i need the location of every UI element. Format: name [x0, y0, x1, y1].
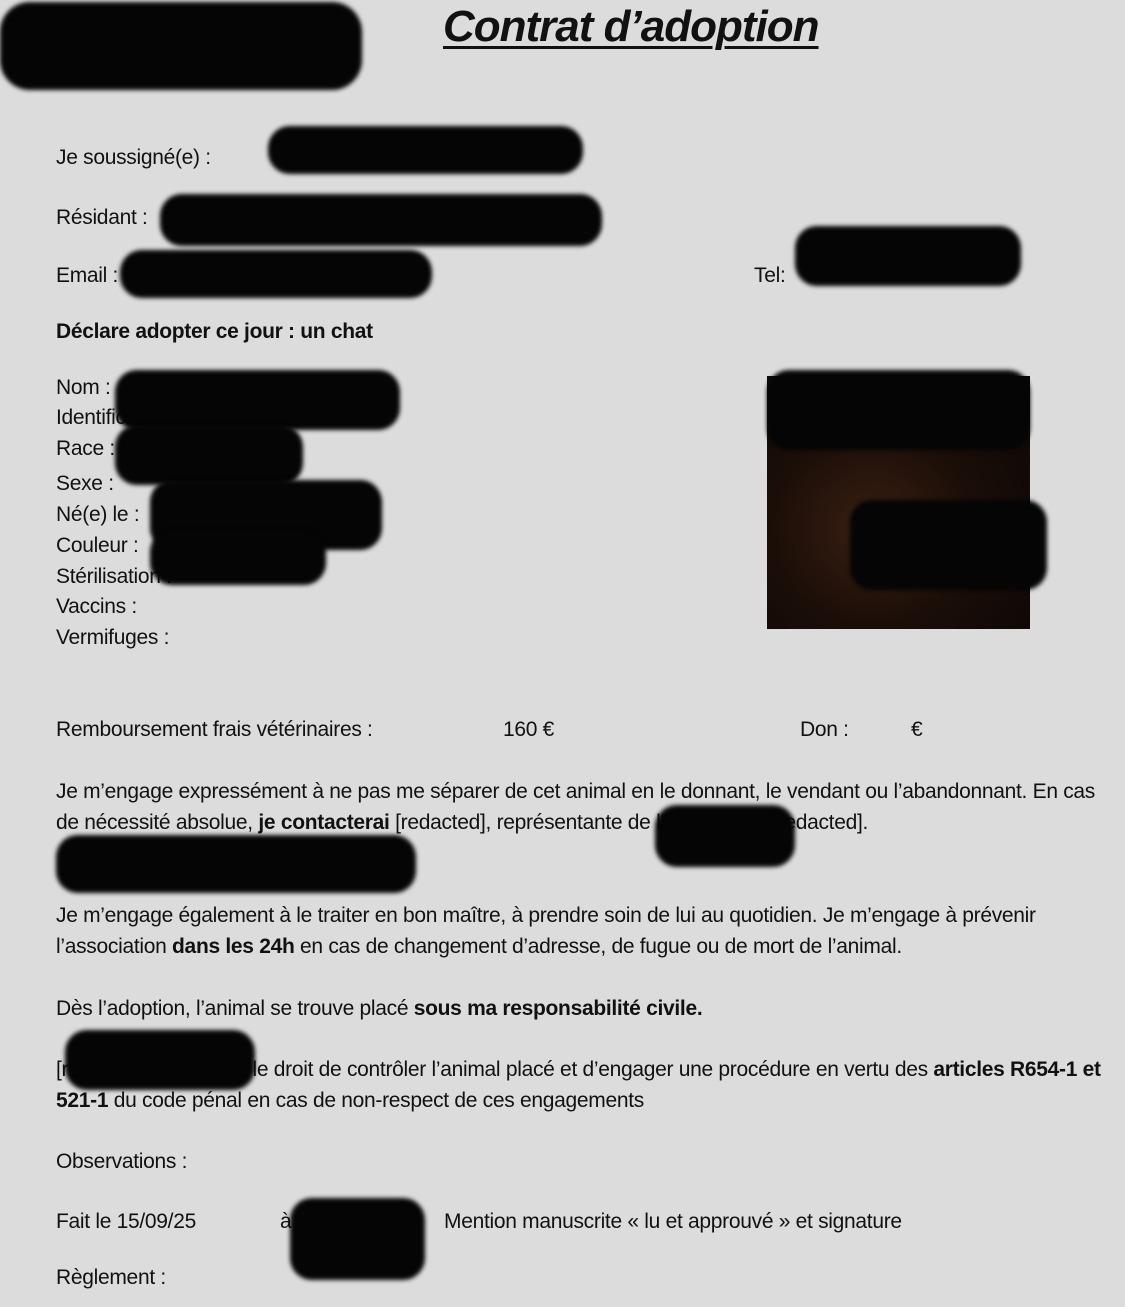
donation-label: Don : [800, 718, 849, 742]
redacted-adopter-name [268, 126, 583, 174]
redacted-city [290, 1198, 425, 1280]
redacted-association-name [0, 2, 362, 90]
clause-care: Je m’engage également à le traiter en bo… [56, 900, 1106, 962]
clause-responsibility: Dès l’adoption, l’animal se trouve placé… [56, 993, 1106, 1024]
donation-amount: € [911, 718, 922, 742]
redacted-animal-details [115, 370, 400, 430]
redacted-representative [655, 805, 795, 867]
vet-fees-amount: 160 € [503, 718, 554, 742]
redacted-email [120, 250, 432, 298]
adoption-declaration: Déclare adopter ce jour : un chat [56, 320, 373, 344]
clause-no-separation: Je m’engage expressément à ne pas me sép… [56, 776, 1106, 838]
signature-mention: Mention manuscrite « lu et approuvé » et… [444, 1210, 902, 1234]
date-label: Fait le 15/09/25 [56, 1210, 196, 1234]
redacted-association [56, 835, 416, 893]
field-sexe: Sexe : [56, 472, 114, 496]
payment-label: Règlement : [56, 1266, 166, 1290]
redacted-association-name-2 [65, 1030, 255, 1090]
field-ne-le: Né(e) le : [56, 503, 139, 527]
redacted-phone [795, 226, 1021, 286]
address-label: Résidant : [56, 206, 148, 230]
email-label: Email : [56, 264, 118, 288]
document-title: Contrat d’adoption [443, 2, 819, 52]
field-vermifuges: Vermifuges : [56, 626, 169, 650]
redacted-animal-details [115, 425, 303, 485]
field-race: Race : [56, 437, 115, 461]
vet-fees-label: Remboursement frais vétérinaires : [56, 718, 373, 742]
phone-label: Tel: [754, 264, 785, 288]
redacted-photo-overlay [767, 370, 1030, 450]
redacted-address [160, 194, 602, 246]
field-nom: Nom : [56, 376, 111, 400]
redacted-animal-details [150, 530, 326, 585]
redacted-photo-overlay [850, 500, 1047, 590]
field-couleur: Couleur : [56, 534, 139, 558]
field-vaccins: Vaccins : [56, 595, 137, 619]
observations-label: Observations : [56, 1150, 187, 1174]
adopter-name-label: Je soussigné(e) : [56, 146, 211, 170]
